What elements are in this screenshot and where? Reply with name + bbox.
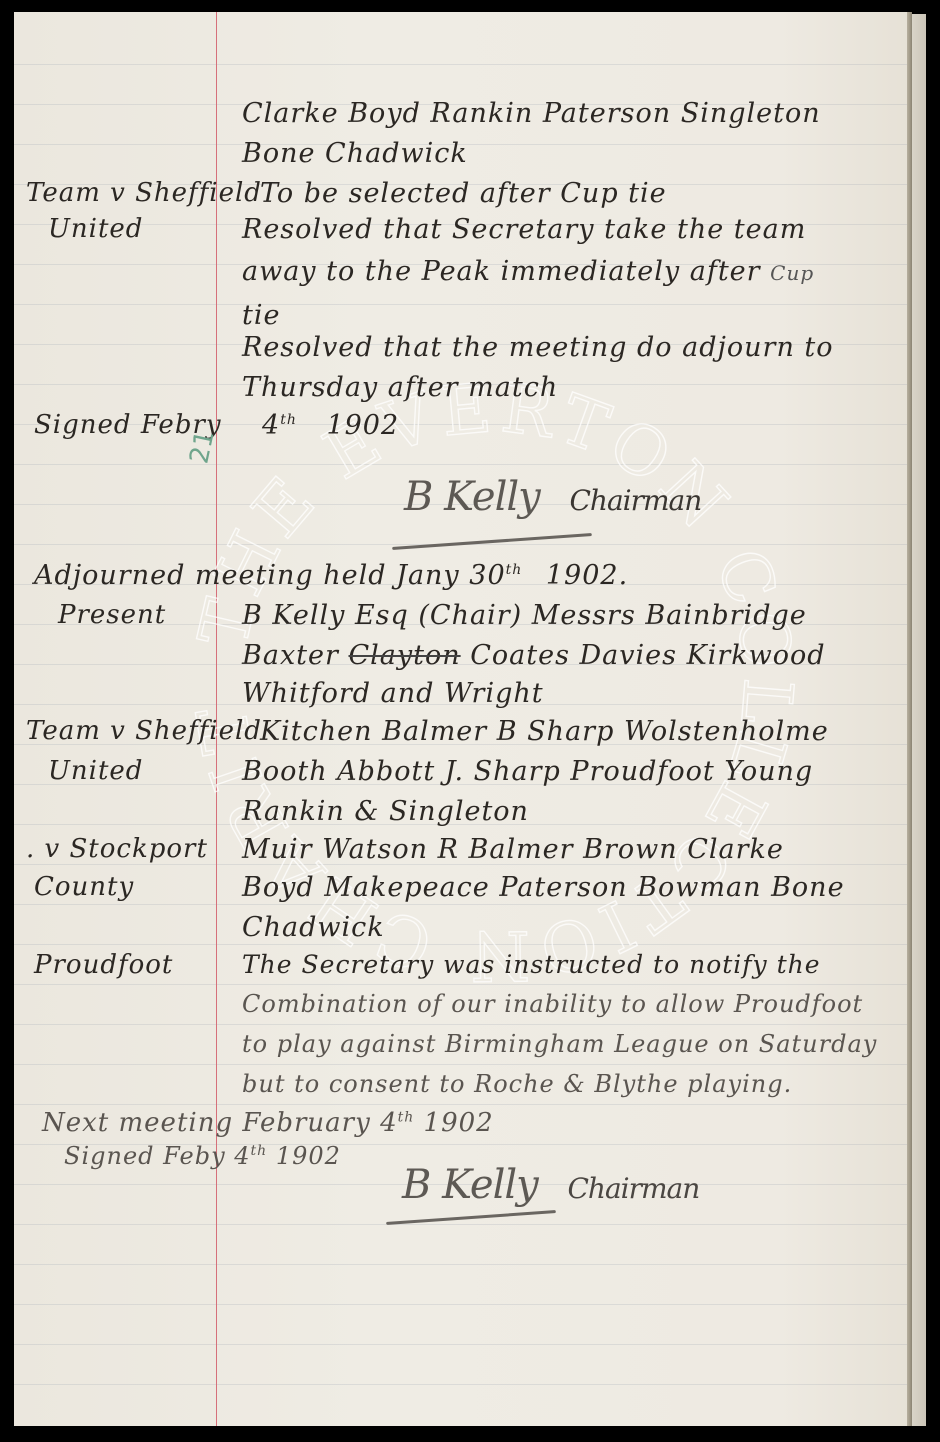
ruled-line [14,944,912,945]
text-segment: 4 [234,1142,250,1170]
text-segment: meeting held Jany 30 [195,560,506,591]
document-page: THE EVERTON COLLECTION CHARITABLE TRUST … [14,12,912,1426]
text-segment: 4 [262,410,280,441]
signature-flourish [386,1210,556,1225]
text-line: Rankin & Singleton [242,796,529,827]
text-segment: February 4 [242,1108,397,1138]
text-segment: Signed [34,410,132,440]
text-segment: Coates Davies Kirkwood [470,640,825,671]
text-line: Thursday after match [242,372,558,403]
text-line: The Secretary was instructed to notify t… [242,950,821,979]
text-line: To be selected after Cup tie [260,178,667,209]
ruled-line [14,1264,912,1265]
text-segment: Next meeting [42,1108,233,1138]
text-line: Clarke Boyd Rankin Paterson Singleton [242,98,821,129]
margin-label: United [48,756,143,786]
chairman-signature: B Kelly Chairman [402,1162,699,1208]
signature-title: Chairman [570,484,702,517]
ruled-line [14,984,912,985]
text-line: Bone Chadwick [242,138,468,169]
text-line: Whitford and Wright [242,678,544,709]
text-line: Combination of our inability to allow Pr… [242,990,863,1018]
text-line: Chadwick [242,912,385,943]
text-segment: 1902 [276,1142,341,1170]
text-segment: 1902 [424,1108,494,1138]
text-segment: th [280,412,297,428]
struck-name: Clayton [349,640,461,671]
margin-label: County [34,872,134,902]
text-segment: 1902 [326,410,399,441]
text-line: Resolved that Secretary take the team [242,214,806,245]
text-line: tie [242,300,280,331]
ruled-line [14,1344,912,1345]
text-segment: Feby [163,1142,225,1170]
ruled-line [14,304,912,305]
text-line: Kitchen Balmer B Sharp Wolstenholme [260,716,829,747]
text-line: Boyd Makepeace Paterson Bowman Bone [242,872,845,903]
signed-date: Signed Feby 4th 1902 [64,1142,341,1170]
margin-label: Present [58,600,166,630]
text-segment: th [506,562,523,578]
text-line: away to the Peak immediately after Cup [242,256,814,287]
text-line: to play against Birmingham League on Sat… [242,1030,877,1058]
adjourned-heading: Adjourned meeting held Jany 30th 1902. [34,560,628,591]
signature-flourish [392,533,592,550]
text-line: Muir Watson R Balmer Brown Clarke [242,834,784,865]
margin-label: Adjourned [34,560,185,591]
text-segment: Cup [770,261,814,285]
ruled-line [14,464,912,465]
ruled-line [14,1024,912,1025]
text-segment: away to the Peak immediately after [242,256,761,287]
margin-label: United [48,214,143,244]
text-segment: Signed [64,1142,155,1170]
text-line: Resolved that the meeting do adjourn to [242,332,834,363]
text-segment: Baxter [242,640,339,671]
margin-label: Team v Sheffield [26,716,262,746]
next-page-edge [912,14,926,1426]
text-line: Baxter Clayton Coates Davies Kirkwood [242,640,826,671]
text-line: Booth Abbott J. Sharp Proudfoot Young [242,756,813,787]
signature-title: Chairman [568,1172,700,1205]
ruled-line [14,64,912,65]
ruled-line [14,1304,912,1305]
text-segment: th [398,1109,415,1125]
text-line: but to consent to Roche & Blythe playing… [242,1070,792,1098]
ruled-line [14,1064,912,1065]
text-segment: th [251,1143,268,1159]
text-segment: 1902. [546,560,628,591]
next-meeting: Next meeting February 4th 1902 [42,1108,494,1138]
chairman-signature: B Kelly Chairman [404,474,701,520]
signed-date: 4th 1902 [262,410,399,441]
ruled-line [14,1104,912,1105]
ruled-line [14,1384,912,1385]
margin-label: Proudfoot [34,950,173,980]
signature-name: B Kelly [404,474,540,520]
signature-name: B Kelly [402,1162,538,1208]
ruled-line [14,1224,912,1225]
margin-label: Team v Sheffield [26,178,262,208]
text-line: B Kelly Esq (Chair) Messrs Bainbridge [242,600,807,631]
margin-label: . v Stockport [26,834,208,864]
ruled-line [14,904,912,905]
